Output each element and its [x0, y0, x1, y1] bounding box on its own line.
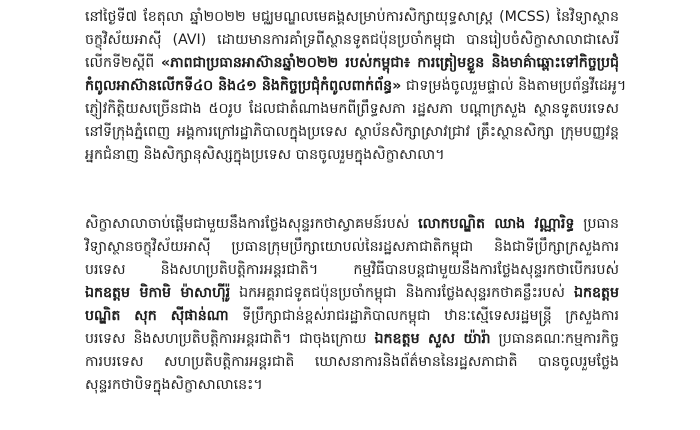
text-run: បរទេស និងសហប្រតិបត្តិការអន្តរជាតិ។ កម្មវ…: [85, 262, 619, 278]
text-line: ចក្ខុវិស័យអាស៊ី (AVI) ដោយមានការគាំទ្រពីស…: [85, 29, 619, 52]
text-run: សិក្ខាសាលាចាប់ផ្ដើមជាមួយនឹងការថ្លែងសុន្ទ…: [85, 216, 418, 232]
text-run: ប្រធាន: [574, 216, 619, 232]
text-run: នៅថ្ងៃទី៧ ខែតុលា ឆ្នាំ២០២២ មជ្ឈមណ្ឌលមេគង…: [85, 9, 619, 25]
text-line: សិក្ខាសាលាចាប់ផ្ដើមជាមួយនឹងការថ្លែងសុន្ទ…: [85, 213, 619, 236]
bold-text-run: «ភាពជាប្រធានអាស៊ានឆ្នាំ២០២២ របស់កម្ពុជា៖…: [161, 55, 619, 71]
text-run: លើកទី២ស្ដីពី: [85, 55, 161, 71]
text-line: នៅថ្ងៃទី៧ ខែតុលា ឆ្នាំ២០២២ មជ្ឈមណ្ឌលមេគង…: [85, 6, 619, 29]
text-line: បរទេស និងសហប្រតិបត្តិការអន្តរជាតិ។ កម្មវ…: [85, 259, 619, 282]
bold-text-run: ឯកឧត្តម: [574, 285, 619, 301]
document-body: នៅថ្ងៃទី៧ ខែតុលា ឆ្នាំ២០២២ មជ្ឈមណ្ឌលមេគង…: [85, 6, 619, 397]
text-run: ភ្ញៀវកិត្តិយសច្រើនជាង ៥០រូប ដែលជាតំណាងមក…: [85, 101, 619, 117]
text-run: ការបរទេស សហប្រតិបត្តិការអន្តរជាតិ ឃោសនាក…: [85, 354, 619, 370]
text-line: សុន្ទរកថាបិទក្នុងសិក្ខាសាលានេះ។: [85, 374, 619, 397]
text-run: ប្រធានគណៈកម្មការកិច្ច: [491, 331, 619, 347]
text-line: ការបរទេស សហប្រតិបត្តិការអន្តរជាតិ ឃោសនាក…: [85, 351, 619, 374]
bold-text-run: បណ្ឌិត សុក ស៊ីផាន់ណា: [85, 308, 229, 324]
text-line: វិទ្យាស្ថានចក្ខុវិស័យអាស៊ី ប្រធានក្រុមប្…: [85, 236, 619, 259]
text-run: វិទ្យាស្ថានចក្ខុវិស័យអាស៊ី ប្រធានក្រុមប្…: [85, 239, 619, 255]
paragraph-1: នៅថ្ងៃទី៧ ខែតុលា ឆ្នាំ២០២២ មជ្ឈមណ្ឌលមេគង…: [85, 6, 619, 167]
bold-text-run: កំពូលអាស៊ានលើកទី៤០ និង៤១ និងកិច្ចប្រជុំក…: [85, 78, 401, 94]
text-run: បរទេស និងសហប្រតិបត្តិការអន្តរជាតិ។ ជាចុង…: [85, 331, 375, 347]
paragraph-2: សិក្ខាសាលាចាប់ផ្ដើមជាមួយនឹងការថ្លែងសុន្ទ…: [85, 213, 619, 397]
text-line: អ្នកជំនាញ និងសិក្សានុសិស្សក្នុងប្រទេស បា…: [85, 144, 619, 167]
text-run: ជាទម្រង់ចូលរួមផ្ទាល់ និងតាមប្រព័ន្ធវីដេអ…: [401, 78, 626, 94]
text-run: ឯកអគ្គរាជទូតជប៉ុនប្រចាំកម្ពុជា និងការថ្ល…: [230, 285, 574, 301]
text-run: នៅទីក្រុងភ្នំពេញ អង្គការក្រៅរដ្ឋាភិបាលក្…: [85, 124, 619, 140]
text-run: ចក្ខុវិស័យអាស៊ី (AVI) ដោយមានការគាំទ្រពីស…: [85, 32, 619, 48]
text-line: ឯកឧត្តម មិកាមិ ម៉ាសាហ៊ីរ៉ូ ឯកអគ្គរាជទូតជ…: [85, 282, 619, 305]
text-line: លើកទី២ស្ដីពី «ភាពជាប្រធានអាស៊ានឆ្នាំ២០២២…: [85, 52, 619, 75]
text-line: ភ្ញៀវកិត្តិយសច្រើនជាង ៥០រូប ដែលជាតំណាងមក…: [85, 98, 619, 121]
text-line: បណ្ឌិត សុក ស៊ីផាន់ណា ទីប្រឹក្សាជាន់ខ្ពស់…: [85, 305, 619, 328]
bold-text-run: ឯកឧត្តម សួស យ៉ារ៉ា: [375, 331, 491, 347]
text-run: ទីប្រឹក្សាជាន់ខ្ពស់រាជរដ្ឋាភិបាលកម្ពុជា …: [229, 308, 619, 324]
bold-text-run: លោកបណ្ឌិត ឈាង វណ្ណារិទ្ធ: [418, 216, 574, 232]
bold-text-run: ឯកឧត្តម មិកាមិ ម៉ាសាហ៊ីរ៉ូ: [85, 285, 230, 301]
text-line: កំពូលអាស៊ានលើកទី៤០ និង៤១ និងកិច្ចប្រជុំក…: [85, 75, 619, 98]
text-run: សុន្ទរកថាបិទក្នុងសិក្ខាសាលានេះ។: [85, 377, 263, 393]
text-run: អ្នកជំនាញ និងសិក្សានុសិស្សក្នុងប្រទេស បា…: [85, 147, 445, 163]
text-line: បរទេស និងសហប្រតិបត្តិការអន្តរជាតិ។ ជាចុង…: [85, 328, 619, 351]
text-line: នៅទីក្រុងភ្នំពេញ អង្គការក្រៅរដ្ឋាភិបាលក្…: [85, 121, 619, 144]
